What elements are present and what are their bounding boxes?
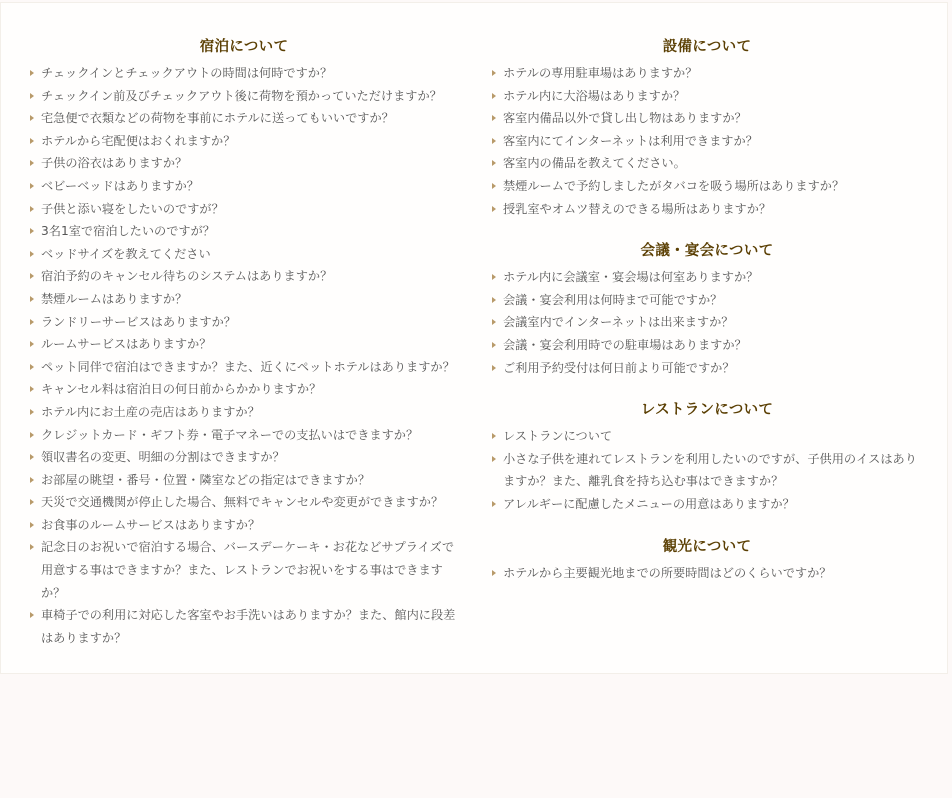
triangle-bullet-icon: [492, 319, 496, 325]
triangle-bullet-icon: [30, 454, 34, 460]
faq-link[interactable]: ベビーベッドはありますか？: [41, 179, 199, 193]
faq-link[interactable]: 禁煙ルームはありますか？: [41, 292, 187, 306]
triangle-bullet-icon: [492, 433, 496, 439]
faq-link[interactable]: お部屋の眺望・番号・位置・隣室などの指定はできますか？: [41, 473, 370, 487]
faq-list-stay: チェックインとチェックアウトの時間は何時ですか？ チェックイン前及びチェックアウ…: [29, 62, 459, 649]
triangle-bullet-icon: [30, 612, 34, 618]
faq-item[interactable]: チェックイン前及びチェックアウト後に荷物を預かっていただけますか？: [29, 85, 459, 108]
faq-link[interactable]: キャンセル料は宿泊日の何日前からかかりますか？: [41, 382, 321, 396]
faq-item[interactable]: 天災で交通機関が停止した場合、無料でキャンセルや変更ができますか？: [29, 491, 459, 514]
faq-item[interactable]: レストランについて: [491, 425, 923, 448]
faq-item[interactable]: クレジットカード・ギフト券・電子マネーでの支払いはできますか？: [29, 424, 459, 447]
faq-link[interactable]: ホテル内に大浴場はありますか？: [503, 89, 685, 103]
triangle-bullet-icon: [492, 342, 496, 348]
faq-list-restaurant: レストランについて 小さな子供を連れてレストランを利用したいのですが、子供用のイ…: [491, 425, 923, 515]
faq-item[interactable]: アレルギーに配慮したメニューの用意はありますか？: [491, 493, 923, 516]
faq-section-stay: 宿泊について チェックインとチェックアウトの時間は何時ですか？ チェックイン前及…: [29, 36, 459, 649]
triangle-bullet-icon: [30, 522, 34, 528]
section-title-stay: 宿泊について: [29, 36, 459, 58]
triangle-bullet-icon: [30, 206, 34, 212]
triangle-bullet-icon: [30, 70, 34, 76]
faq-link[interactable]: 禁煙ルームで予約しましたがタバコを吸う場所はありますか？: [503, 179, 844, 193]
faq-item[interactable]: ペット同伴で宿泊はできますか？また、近くにペットホテルはありますか？: [29, 356, 459, 379]
section-title-sightseeing: 観光について: [491, 536, 923, 558]
faq-link[interactable]: 会議・宴会利用時での駐車場はありますか？: [503, 338, 747, 352]
faq-link[interactable]: 車椅子での利用に対応した客室やお手洗いはありますか？また、館内に段差はありますか…: [41, 608, 455, 645]
faq-item[interactable]: 禁煙ルームはありますか？: [29, 288, 459, 311]
faq-list-sightseeing: ホテルから主要観光地までの所要時間はどのくらいですか？: [491, 562, 923, 585]
faq-item[interactable]: 子供の浴衣はありますか？: [29, 152, 459, 175]
triangle-bullet-icon: [492, 274, 496, 280]
triangle-bullet-icon: [30, 251, 34, 257]
triangle-bullet-icon: [30, 115, 34, 121]
faq-item[interactable]: 会議室内でインターネットは出来ますか？: [491, 311, 923, 334]
triangle-bullet-icon: [30, 409, 34, 415]
faq-column-left: 宿泊について チェックインとチェックアウトの時間は何時ですか？ チェックイン前及…: [29, 36, 459, 669]
faq-item[interactable]: ルームサービスはありますか？: [29, 333, 459, 356]
triangle-bullet-icon: [30, 273, 34, 279]
faq-item[interactable]: ホテル内にお土産の売店はありますか？: [29, 401, 459, 424]
faq-link[interactable]: 客室内備品以外で貸し出し物はありますか？: [503, 111, 747, 125]
faq-link[interactable]: ホテル内に会議室・宴会場は何室ありますか？: [503, 270, 758, 284]
faq-item[interactable]: 小さな子供を連れてレストランを利用したいのですが、子供用のイスはありますか？また…: [491, 448, 923, 493]
section-title-restaurant: レストランについて: [491, 399, 923, 421]
faq-link[interactable]: 子供の浴衣はありますか？: [41, 156, 187, 170]
triangle-bullet-icon: [30, 341, 34, 347]
triangle-bullet-icon: [30, 93, 34, 99]
faq-link[interactable]: ホテルから宅配便はおくれますか？: [41, 134, 235, 148]
faq-section-facilities: 設備について ホテルの専用駐車場はありますか？ ホテル内に大浴場はありますか？ …: [491, 36, 923, 220]
faq-item[interactable]: 授乳室やオムツ替えのできる場所はありますか？: [491, 198, 923, 221]
faq-item[interactable]: 客室内にてインターネットは利用できますか？: [491, 130, 923, 153]
triangle-bullet-icon: [492, 297, 496, 303]
faq-link[interactable]: アレルギーに配慮したメニューの用意はありますか？: [503, 497, 795, 511]
faq-item[interactable]: 会議・宴会利用時での駐車場はありますか？: [491, 334, 923, 357]
faq-item[interactable]: 領収書名の変更、明細の分割はできますか？: [29, 446, 459, 469]
faq-link[interactable]: 授乳室やオムツ替えのできる場所はありますか？: [503, 202, 771, 216]
triangle-bullet-icon: [30, 499, 34, 505]
faq-item[interactable]: 宿泊予約のキャンセル待ちのシステムはありますか？: [29, 265, 459, 288]
triangle-bullet-icon: [492, 183, 496, 189]
faq-link[interactable]: 小さな子供を連れてレストランを利用したいのですが、子供用のイスはありますか？また…: [503, 452, 917, 489]
faq-item[interactable]: チェックインとチェックアウトの時間は何時ですか？: [29, 62, 459, 85]
faq-section-sightseeing: 観光について ホテルから主要観光地までの所要時間はどのくらいですか？: [491, 536, 923, 585]
faq-link[interactable]: ルームサービスはありますか？: [41, 337, 211, 351]
faq-item[interactable]: お食事のルームサービスはありますか？: [29, 514, 459, 537]
faq-item[interactable]: 記念日のお祝いで宿泊する場合、バースデーケーキ・お花などサプライズで用意する事は…: [29, 536, 459, 604]
triangle-bullet-icon: [30, 228, 34, 234]
faq-list-meetings: ホテル内に会議室・宴会場は何室ありますか？ 会議・宴会利用は何時まで可能ですか？…: [491, 266, 923, 379]
triangle-bullet-icon: [492, 93, 496, 99]
faq-item[interactable]: ホテル内に会議室・宴会場は何室ありますか？: [491, 266, 923, 289]
faq-item[interactable]: 子供と添い寝をしたいのですが？: [29, 198, 459, 221]
faq-link[interactable]: レストランについて: [503, 429, 612, 443]
faq-list-facilities: ホテルの専用駐車場はありますか？ ホテル内に大浴場はありますか？ 客室内備品以外…: [491, 62, 923, 220]
faq-link[interactable]: チェックイン前及びチェックアウト後に荷物を預かっていただけますか？: [41, 89, 442, 103]
faq-panel: 宿泊について チェックインとチェックアウトの時間は何時ですか？ チェックイン前及…: [0, 2, 948, 674]
faq-link[interactable]: ペット同伴で宿泊はできますか？また、近くにペットホテルはありますか？: [41, 360, 455, 374]
faq-item[interactable]: ベッドサイズを教えてください: [29, 243, 459, 266]
triangle-bullet-icon: [30, 160, 34, 166]
faq-link[interactable]: チェックインとチェックアウトの時間は何時ですか？: [41, 66, 332, 80]
triangle-bullet-icon: [492, 138, 496, 144]
faq-link[interactable]: 3名1室で宿泊したいのですが？: [41, 224, 215, 238]
faq-link[interactable]: クレジットカード・ギフト券・電子マネーでの支払いはできますか？: [41, 428, 418, 442]
faq-item[interactable]: ホテルから宅配便はおくれますか？: [29, 130, 459, 153]
faq-link[interactable]: ホテル内にお土産の売店はありますか？: [41, 405, 260, 419]
faq-section-restaurant: レストランについて レストランについて 小さな子供を連れてレストランを利用したい…: [491, 399, 923, 515]
faq-item[interactable]: お部屋の眺望・番号・位置・隣室などの指定はできますか？: [29, 469, 459, 492]
triangle-bullet-icon: [492, 456, 496, 462]
faq-item[interactable]: 会議・宴会利用は何時まで可能ですか？: [491, 289, 923, 312]
faq-item[interactable]: ホテル内に大浴場はありますか？: [491, 85, 923, 108]
faq-item[interactable]: ホテルの専用駐車場はありますか？: [491, 62, 923, 85]
triangle-bullet-icon: [492, 501, 496, 507]
triangle-bullet-icon: [30, 296, 34, 302]
faq-link[interactable]: ランドリーサービスはありますか？: [41, 315, 236, 329]
section-title-meetings: 会議・宴会について: [491, 240, 923, 262]
faq-item[interactable]: 客室内備品以外で貸し出し物はありますか？: [491, 107, 923, 130]
triangle-bullet-icon: [492, 365, 496, 371]
faq-item[interactable]: ご利用予約受付は何日前より可能ですか？: [491, 357, 923, 380]
faq-item[interactable]: 客室内の備品を教えてください。: [491, 152, 923, 175]
faq-item[interactable]: 車椅子での利用に対応した客室やお手洗いはありますか？また、館内に段差はありますか…: [29, 604, 459, 649]
triangle-bullet-icon: [30, 477, 34, 483]
triangle-bullet-icon: [30, 319, 34, 325]
faq-item[interactable]: 宅急便で衣類などの荷物を事前にホテルに送ってもいいですか？: [29, 107, 459, 130]
faq-link[interactable]: 宅急便で衣類などの荷物を事前にホテルに送ってもいいですか？: [41, 111, 394, 125]
triangle-bullet-icon: [492, 570, 496, 576]
faq-item[interactable]: ランドリーサービスはありますか？: [29, 311, 459, 334]
faq-link[interactable]: 子供と添い寝をしたいのですが？: [41, 202, 224, 216]
triangle-bullet-icon: [30, 183, 34, 189]
faq-link[interactable]: 領収書名の変更、明細の分割はできますか？: [41, 450, 285, 464]
faq-link[interactable]: 客室内の備品を教えてください。: [503, 156, 686, 170]
faq-link[interactable]: ホテルから主要観光地までの所要時間はどのくらいですか？: [503, 566, 831, 580]
triangle-bullet-icon: [30, 544, 34, 550]
triangle-bullet-icon: [30, 138, 34, 144]
faq-link[interactable]: お食事のルームサービスはありますか？: [41, 518, 260, 532]
faq-item[interactable]: ホテルから主要観光地までの所要時間はどのくらいですか？: [491, 562, 923, 585]
triangle-bullet-icon: [30, 386, 34, 392]
triangle-bullet-icon: [492, 160, 496, 166]
triangle-bullet-icon: [492, 115, 496, 121]
faq-item[interactable]: 禁煙ルームで予約しましたがタバコを吸う場所はありますか？: [491, 175, 923, 198]
triangle-bullet-icon: [492, 206, 496, 212]
faq-link[interactable]: ベッドサイズを教えてください: [41, 247, 211, 261]
faq-link[interactable]: ご利用予約受付は何日前より可能ですか？: [503, 361, 735, 375]
faq-item[interactable]: ベビーベッドはありますか？: [29, 175, 459, 198]
faq-link[interactable]: ホテルの専用駐車場はありますか？: [503, 66, 697, 80]
faq-column-right: 設備について ホテルの専用駐車場はありますか？ ホテル内に大浴場はありますか？ …: [491, 36, 923, 604]
faq-link[interactable]: 会議・宴会利用は何時まで可能ですか？: [503, 293, 722, 307]
faq-section-meetings: 会議・宴会について ホテル内に会議室・宴会場は何室ありますか？ 会議・宴会利用は…: [491, 240, 923, 379]
faq-link[interactable]: 会議室内でインターネットは出来ますか？: [503, 315, 733, 329]
faq-link[interactable]: 宿泊予約のキャンセル待ちのシステムはありますか？: [41, 269, 332, 283]
triangle-bullet-icon: [30, 432, 34, 438]
faq-item[interactable]: 3名1室で宿泊したいのですが？: [29, 220, 459, 243]
faq-link[interactable]: 客室内にてインターネットは利用できますか？: [503, 134, 758, 148]
faq-item[interactable]: キャンセル料は宿泊日の何日前からかかりますか？: [29, 378, 459, 401]
section-title-facilities: 設備について: [491, 36, 923, 58]
triangle-bullet-icon: [30, 364, 34, 370]
triangle-bullet-icon: [492, 70, 496, 76]
faq-link[interactable]: 天災で交通機関が停止した場合、無料でキャンセルや変更ができますか？: [41, 495, 443, 509]
faq-link[interactable]: 記念日のお祝いで宿泊する場合、バースデーケーキ・お花などサプライズで用意する事は…: [41, 540, 454, 599]
